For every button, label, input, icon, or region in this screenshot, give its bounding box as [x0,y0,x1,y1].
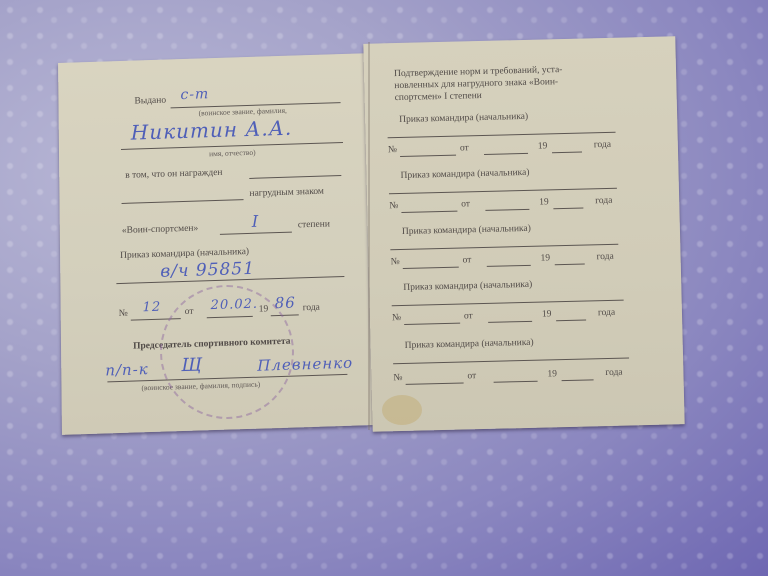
from-label: от [461,199,470,209]
year-line [562,379,594,381]
year-suffix: года [598,308,615,318]
number-line [404,323,460,325]
heading-line-2: новленных для нагрудного знака «Воин- [394,77,558,91]
awarded-text: в том, что он награжден [125,168,222,181]
year-prefix: 19 [538,141,548,151]
certificate-booklet: Выдано с-т (воинское звание, фамилия, Ни… [0,0,768,576]
date-line [485,209,529,211]
signature-rank: п/п-к [105,360,149,379]
order-label: Приказ командира (начальника) [399,112,528,125]
year-suffix: года [605,368,622,378]
number-label: № [119,309,128,319]
official-stamp [160,285,294,419]
booklet-fold [368,42,370,430]
order-line [389,188,617,195]
awarded-line [249,175,341,179]
order-entry: Приказ командира (начальника) № от 19 го… [371,334,684,398]
number-label: № [389,201,398,211]
year-line [552,152,582,154]
caption-name-patronymic: имя, отчество) [209,148,256,158]
year-prefix: 19 [547,369,557,379]
number-label: № [388,145,397,155]
year-suffix: года [595,196,612,206]
order-line [392,300,624,307]
from-label: от [464,311,473,321]
heading-line-3: спортсмен» I степени [395,91,482,103]
from-label: от [467,371,476,381]
order-line [388,132,616,139]
number-value: 12 [143,300,162,316]
year-prefix: 19 [542,309,552,319]
order-entry: Приказ командира (начальника) № от 19 го… [369,276,682,340]
number-label: № [393,373,402,383]
number-line [403,267,459,269]
order-line [393,357,629,364]
badge-text: нагрудным знаком [249,187,324,199]
order-label: Приказ командира (начальника) [402,224,531,237]
from-label: от [460,143,469,153]
right-page: Подтверждение норм и требований, уста- н… [363,36,684,432]
date-line [484,153,528,155]
issued-label: Выдано [134,96,166,107]
year-suffix: года [596,252,613,262]
year-prefix: 19 [540,253,550,263]
order-entry: Приказ командира (начальника) № от 19 го… [365,108,678,172]
order-label: Приказ командира (начальника) [405,338,534,351]
from-label: от [463,255,472,265]
year-prefix: 19 [539,197,549,207]
order-label: Приказ командира (начальника) [400,168,529,181]
number-line [401,211,457,213]
badge-line [122,199,244,204]
degree-label: степени [298,219,330,230]
year-line [555,264,585,266]
paper-stain [382,395,422,425]
order-line [390,244,618,251]
year-line [556,320,586,322]
issued-rank-value: с-т [180,86,209,103]
year-suffix: года [303,303,320,314]
date-line [487,265,531,267]
degree-value: I [252,212,260,231]
number-line [400,155,456,157]
date-line [488,321,532,323]
year-line [553,208,583,210]
order-entry: Приказ командира (начальника) № от 19 го… [368,220,681,284]
number-line [406,383,464,385]
degree-line [220,232,292,235]
date-line [494,381,538,383]
name-value: Никитин А.А. [131,116,293,145]
order-label: Приказ командира (начальника) [403,280,532,293]
number-label: № [391,257,400,267]
year-suffix: года [594,140,611,150]
number-label: № [392,313,401,323]
badge-name: «Воин-спортсмен» [122,224,198,236]
order-entry: Приказ командира (начальника) № от 19 го… [366,164,679,228]
